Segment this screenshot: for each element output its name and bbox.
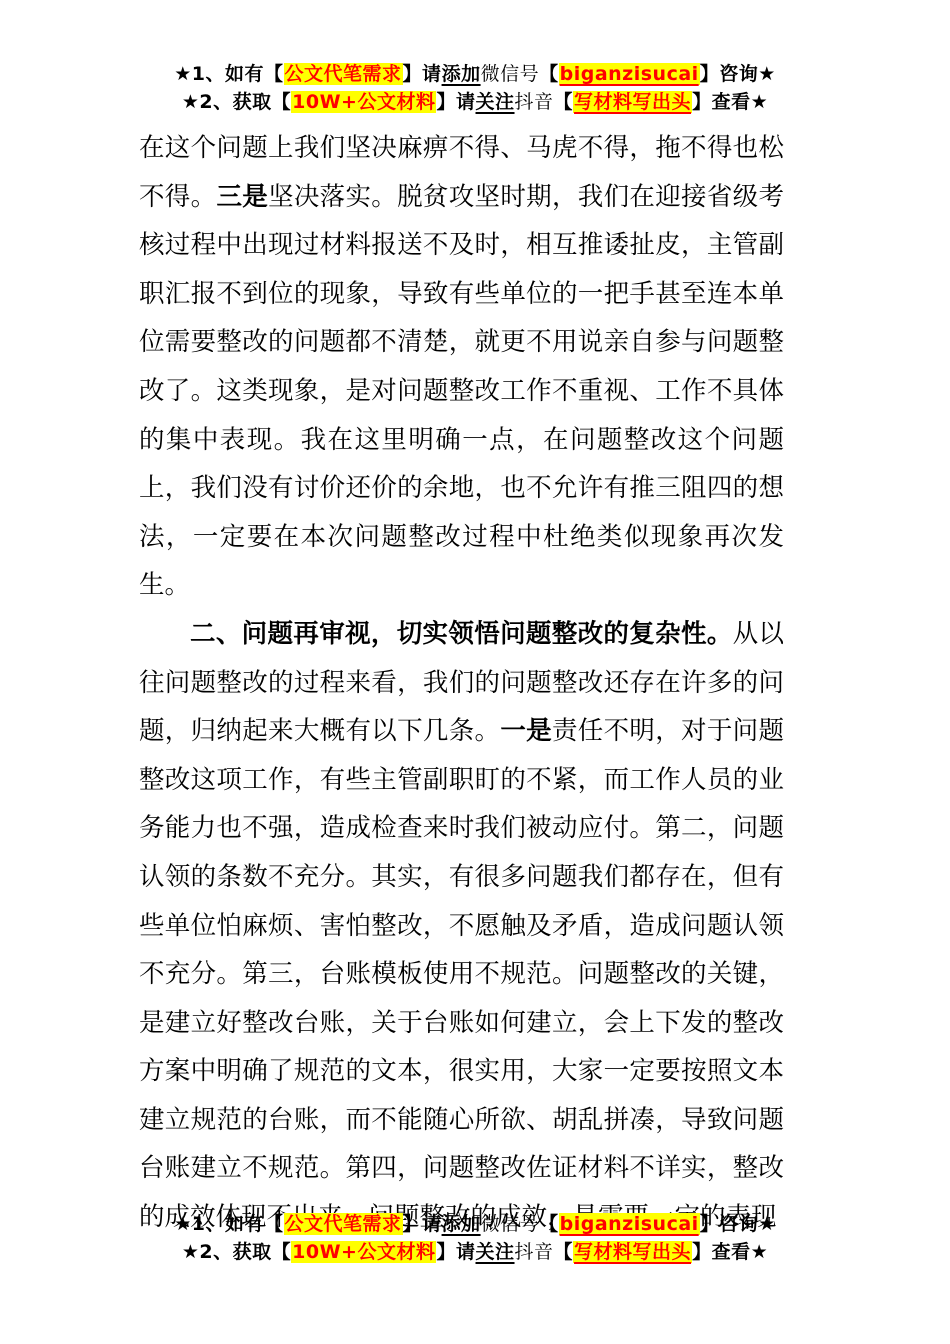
text-run: 关注	[476, 1241, 515, 1263]
text-run: 关注	[476, 91, 515, 113]
text-run: 10W+公文材料	[291, 1241, 436, 1263]
paragraph-section-two: 二、问题再审视，切实领悟问题整改的复杂性。从以往问题整改的过程来看，我们的问题整…	[139, 610, 784, 1242]
text-run: 二、问题再审视，切实领悟问题整改的复杂性。	[190, 619, 733, 649]
text-run: 10W+公文材料	[291, 91, 436, 113]
text-run: ★2、获取【	[182, 1241, 291, 1263]
promo-footer-line-1: ★1、如有【公文代笔需求】请添加微信号【biganzisucai】咨询★	[0, 1210, 950, 1238]
text-run: ★2、获取【	[182, 91, 291, 113]
text-run: ★1、如有【	[174, 63, 283, 85]
text-run: 【	[539, 1213, 559, 1235]
promo-footer: ★1、如有【公文代笔需求】请添加微信号【biganzisucai】咨询★ ★2、…	[0, 1210, 950, 1266]
text-run: 抖音	[515, 1241, 554, 1263]
text-run: 坚决落实。脱贫攻坚时期，我们在迎接省级考核过程中出现过材料报送不及时，相互推诿扯…	[139, 182, 784, 601]
text-run: 微信号	[481, 1213, 540, 1235]
text-run: 】请	[403, 63, 442, 85]
text-run: 公文代笔需求	[284, 1213, 403, 1235]
text-run: 一是	[500, 716, 552, 746]
text-run: 【	[539, 63, 559, 85]
text-run: biganzisucai	[559, 1213, 700, 1235]
text-run: biganzisucai	[559, 63, 700, 85]
text-run: 添加	[442, 63, 481, 85]
text-run: 】查看★	[692, 91, 768, 113]
text-run: 写材料写出头	[573, 1241, 692, 1263]
text-run: 公文代笔需求	[284, 63, 403, 85]
promo-footer-line-2: ★2、获取【10W+公文材料】请关注抖音【写材料写出头】查看★	[0, 1238, 950, 1266]
text-run: 添加	[442, 1213, 481, 1235]
text-run: 】咨询★	[700, 1213, 776, 1235]
text-run: ★1、如有【	[174, 1213, 283, 1235]
text-run: 【	[554, 91, 574, 113]
text-run: 三是	[216, 182, 268, 212]
text-run: 写材料写出头	[573, 91, 692, 113]
promo-header: ★1、如有【公文代笔需求】请添加微信号【biganzisucai】咨询★ ★2、…	[0, 60, 950, 116]
text-run: 微信号	[481, 63, 540, 85]
text-run: 【	[554, 1241, 574, 1263]
text-run: 】咨询★	[700, 63, 776, 85]
text-run: 】请	[436, 1241, 475, 1263]
promo-header-line-2: ★2、获取【10W+公文材料】请关注抖音【写材料写出头】查看★	[0, 88, 950, 116]
paragraph-continuation: 在这个问题上我们坚决麻痹不得、马虎不得，拖不得也松不得。三是坚决落实。脱贫攻坚时…	[139, 124, 784, 610]
text-run: 抖音	[515, 91, 554, 113]
text-run: 责任不明，对于问题整改这项工作，有些主管副职盯的不紧，而工作人员的业务能力也不强…	[139, 716, 784, 1232]
text-run: 】请	[436, 91, 475, 113]
text-run: 】请	[403, 1213, 442, 1235]
document-body: 在这个问题上我们坚决麻痹不得、马虎不得，拖不得也松不得。三是坚决落实。脱贫攻坚时…	[139, 124, 784, 1242]
promo-header-line-1: ★1、如有【公文代笔需求】请添加微信号【biganzisucai】咨询★	[0, 60, 950, 88]
text-run: 】查看★	[692, 1241, 768, 1263]
document-page: ★1、如有【公文代笔需求】请添加微信号【biganzisucai】咨询★ ★2、…	[0, 0, 950, 1344]
